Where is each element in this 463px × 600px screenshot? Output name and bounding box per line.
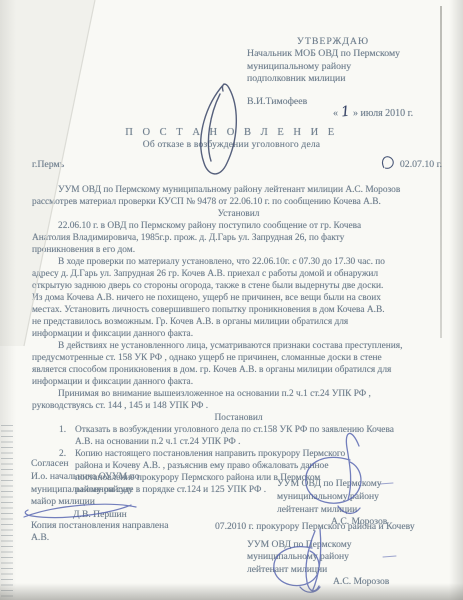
ustanovil-heading: Установил <box>32 208 445 220</box>
list-item-text: Отказать в возбуждении уголовного дела п… <box>75 424 445 448</box>
handwritten-day: 1 <box>337 103 354 120</box>
copy-note-right: 07.2010 г. прокурору Пермского района и … <box>215 521 415 532</box>
copy-note-left: Копия постановления направлена <box>31 520 169 531</box>
approval-line1: Начальник МОБ ОВД по Пермскому <box>247 48 419 60</box>
agreed-lines: Согласен И.о. начальника ОУУМ по муницип… <box>31 458 140 509</box>
document-date: 02.07.10 г. <box>400 159 442 170</box>
date-rest: » июля 2010 г. <box>353 108 413 119</box>
approval-heading: УТВЕРЖДАЮ <box>247 36 419 48</box>
officer-bottom-lines: УУМ ОВД по Пермскому муниципальному райо… <box>247 539 389 576</box>
officer-mid-lines: УУМ ОВД по Пермскому муниципальному райо… <box>277 478 387 516</box>
list-item: 1. Отказать в возбуждении уголовного дел… <box>59 424 445 448</box>
paragraph-1: 22.06.10 г. в ОВД по Пермскому району по… <box>32 220 445 256</box>
document-title: П О С Т А Н О В Л Е Н И Е <box>0 127 463 138</box>
intro-paragraph: УУМ ОВД по Пермскому муниципальному райо… <box>32 184 445 208</box>
document-body: УУМ ОВД по Пермскому муниципальному райо… <box>32 184 445 496</box>
approval-line2: муниципальному району <box>247 61 419 73</box>
paragraph-2: В ходе проверки по материалу установлено… <box>32 256 445 340</box>
document-subtitle: Об отказе в возбуждении уголовного дела <box>0 140 463 150</box>
postanovil-heading: Постановил <box>32 412 445 424</box>
approval-line3: подполковник милиции <box>247 73 419 85</box>
bottom-edge-shadow <box>0 583 463 600</box>
right-edge-shadow <box>449 0 463 600</box>
officer-bottom-block: УУМ ОВД по Пермскому муниципальному райо… <box>247 539 389 589</box>
approval-block: УТВЕРЖДАЮ Начальник МОБ ОВД по Пермскому… <box>247 36 419 108</box>
approval-date-line: «1» июля 2010 г. <box>333 104 413 120</box>
scanned-document-page: УТВЕРЖДАЮ Начальник МОБ ОВД по Пермскому… <box>0 0 463 600</box>
city-label: г.Пермь <box>32 159 64 170</box>
paragraph-3: В действиях не установленного лица, усма… <box>32 340 445 388</box>
list-item-number: 1. <box>59 424 75 448</box>
copy-note-addressee: А.В. <box>31 532 49 543</box>
agreed-block: Согласен И.о. начальника ОУУМ по муницип… <box>31 458 140 522</box>
title-block: П О С Т А Н О В Л Е Н И Е Об отказе в во… <box>0 127 463 150</box>
meta-row: г.Пермь 02.07.10 г. <box>32 159 442 170</box>
paragraph-4: Принимая во внимание вышеизложенное на о… <box>32 388 445 412</box>
underlying-page-text-edge <box>1 425 13 600</box>
